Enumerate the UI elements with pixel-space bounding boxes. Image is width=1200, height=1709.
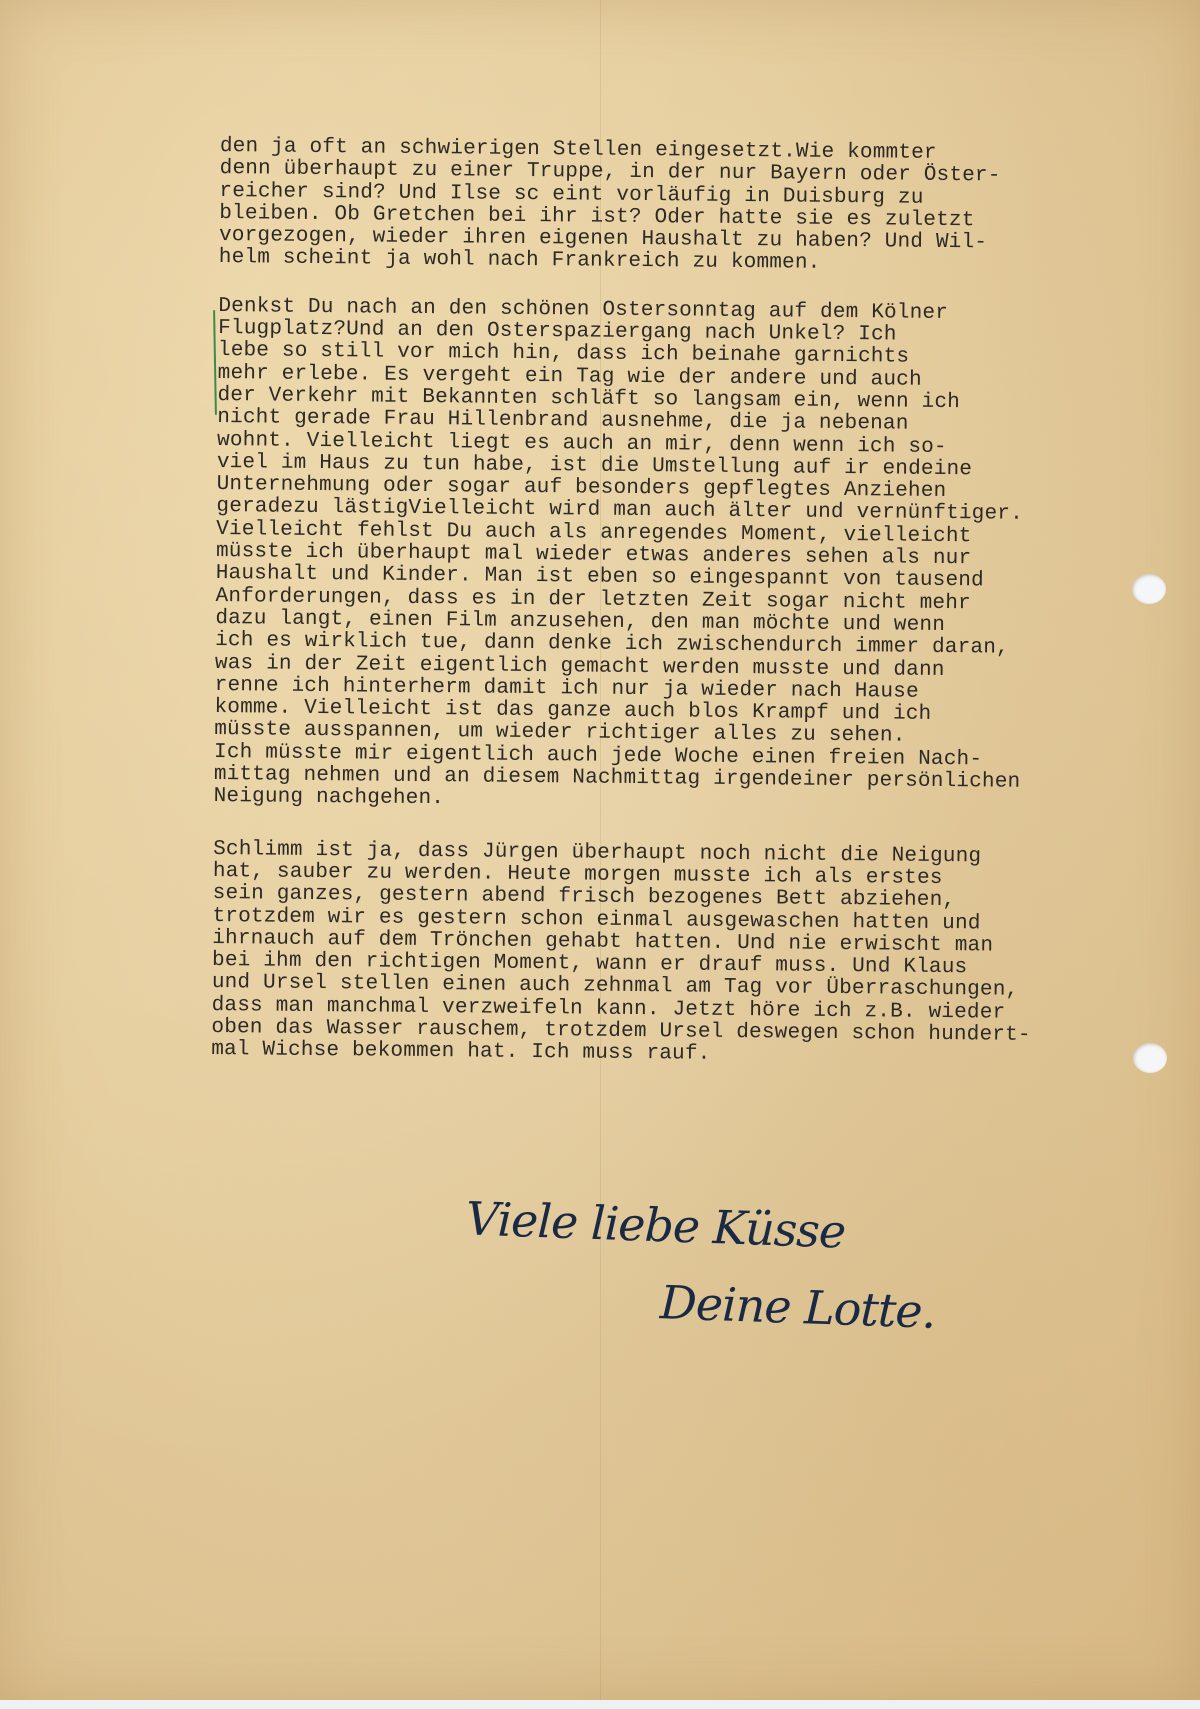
- letter-page: den ja oft an schwierigen Stellen einges…: [0, 0, 1200, 1700]
- paragraph-2: Denkst Du nach an den schönen Ostersonnt…: [214, 296, 1119, 817]
- scan-background: [0, 1700, 1200, 1709]
- typed-letter-body: den ja oft an schwierigen Stellen einges…: [211, 136, 1120, 1070]
- handwritten-signature: Deine Lotte.: [659, 1275, 936, 1339]
- punch-hole: [1132, 574, 1166, 604]
- green-margin-mark: [213, 310, 217, 415]
- punch-hole: [1133, 1043, 1167, 1073]
- handwritten-closing: Viele liebe Küsse: [465, 1191, 846, 1258]
- paragraph-3: Schlimm ist ja, dass Jürgen überhaupt no…: [211, 839, 1113, 1071]
- paragraph-1: den ja oft an schwierigen Stellen einges…: [219, 136, 1120, 278]
